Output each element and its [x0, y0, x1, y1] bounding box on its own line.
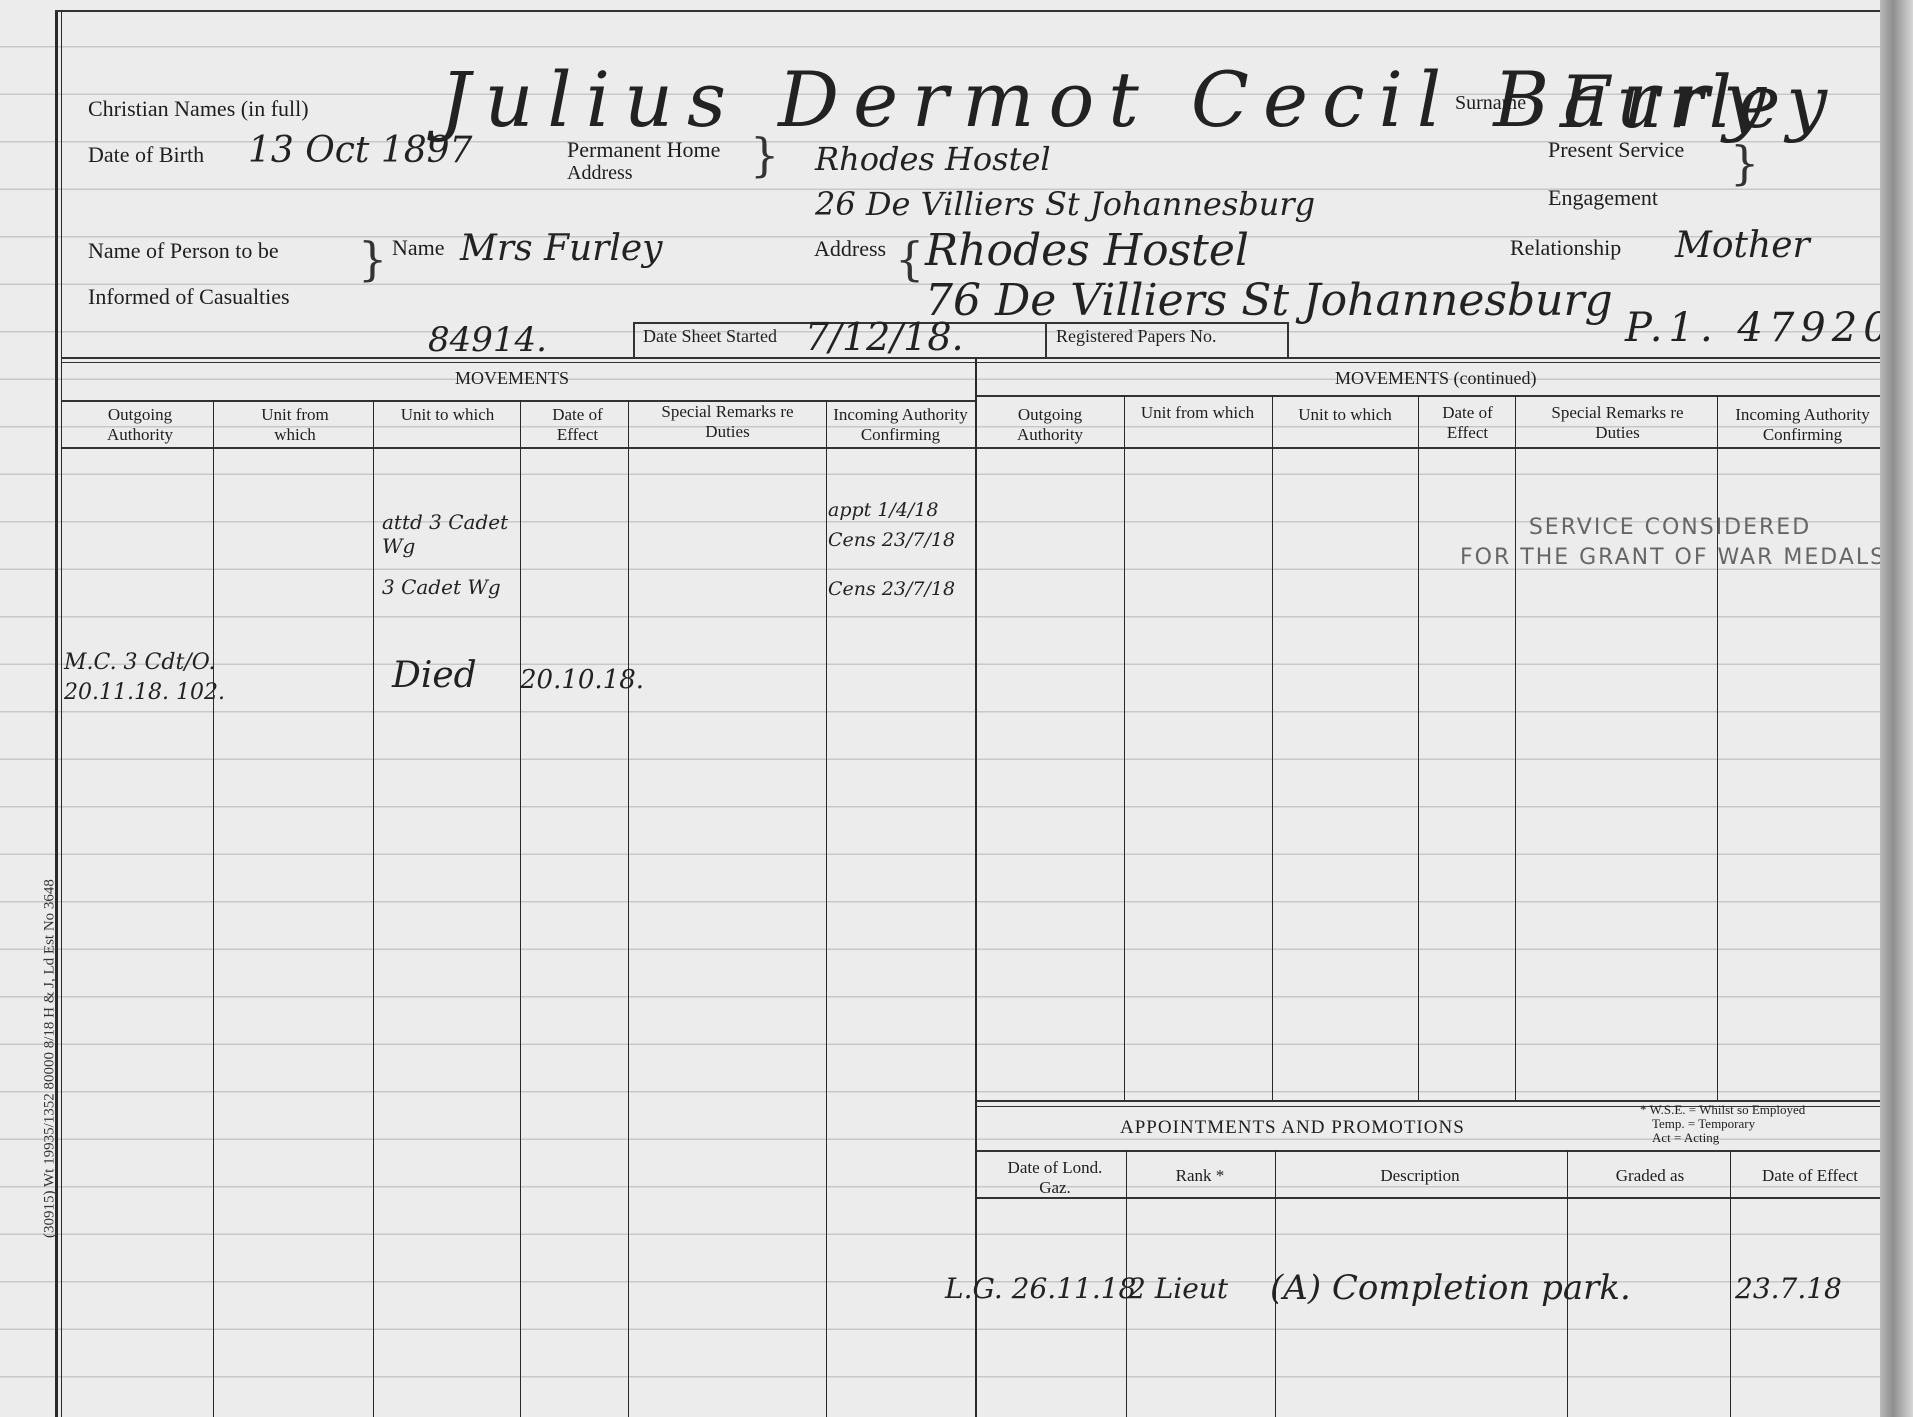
appointment-gazette: L.G. 26.11.18: [945, 1272, 1136, 1305]
legend-temp: Temp. = Temporary: [1640, 1117, 1805, 1131]
col-line: [1272, 395, 1273, 1100]
movements-cont-header-top: [977, 395, 1880, 397]
relationship-value: Mother: [1675, 225, 1810, 266]
movement-entry-1-incoming: appt 1/4/18 Cens 23/7/18: [828, 495, 976, 555]
sheet-reference: P.1. 47920.: [1625, 305, 1913, 351]
movement-entry-3-date: 20.10.18.: [520, 665, 644, 695]
perm-home-line2: 26 De Villiers St Johannesburg: [815, 185, 1315, 223]
header-rule-2: [62, 362, 1880, 363]
appointments-header-top: [977, 1150, 1880, 1152]
casualty-label-2: Informed of Casualties: [88, 284, 290, 310]
perm-home-label-2: Address: [567, 162, 633, 185]
mov-col-date: Date of Effect: [535, 405, 620, 445]
perm-home-label: Permanent Home: [567, 137, 720, 163]
contact-name-value: Mrs Furley: [460, 228, 663, 269]
christian-names-label: Christian Names (in full): [88, 96, 309, 122]
appt-col-date: Date of Effect: [1740, 1166, 1880, 1186]
cont-col-outgoing: Outgoing Authority: [995, 405, 1105, 445]
movements-cont-header-bottom: [977, 447, 1880, 449]
dob-label: Date of Birth: [88, 142, 204, 168]
legend-act: Act = Acting: [1640, 1131, 1805, 1145]
appointment-date: 23.7.18: [1735, 1272, 1842, 1305]
appt-col-rank: Rank *: [1140, 1166, 1260, 1186]
movements-continued-title: MOVEMENTS (continued): [1335, 368, 1536, 389]
cont-col-incoming: Incoming Authority Confirming: [1725, 405, 1880, 445]
col-line: [373, 400, 374, 1417]
stamp-line-2: FOR THE GRANT OF WAR MEDALS: [1460, 543, 1880, 573]
col-line: [1730, 1150, 1731, 1417]
col-line: [826, 400, 827, 1417]
appointments-title: APPOINTMENTS AND PROMOTIONS: [1120, 1117, 1465, 1139]
mov-col-incoming: Incoming Authority Confirming: [828, 405, 973, 445]
sheet-number: 84914.: [428, 320, 547, 360]
legend-wse: * W.S.E. = Whilst so Employed: [1640, 1103, 1805, 1117]
mov-col-outgoing: Outgoing Authority: [85, 405, 195, 445]
movements-title: MOVEMENTS: [455, 368, 569, 389]
mov-col-unit-to: Unit to which: [395, 405, 500, 425]
appointment-rank: 2 Lieut: [1128, 1272, 1228, 1305]
col-line: [628, 400, 629, 1417]
col-line: [213, 400, 214, 1417]
col-line: [520, 400, 521, 1417]
casualty-brace: }: [358, 232, 387, 286]
movement-entry-2-unit-to: 3 Cadet Wg: [382, 575, 501, 599]
top-border: [55, 10, 1880, 12]
date-sheet-started-label: Date Sheet Started: [643, 326, 777, 347]
casualty-label-1: Name of Person to be: [88, 238, 279, 264]
cont-col-unit-from: Unit from which: [1140, 403, 1255, 423]
engagement-label: Engagement: [1548, 185, 1658, 211]
appt-col-description: Description: [1300, 1166, 1540, 1186]
col-line: [1418, 395, 1419, 1100]
perm-home-brace: }: [750, 128, 779, 182]
col-line: [1515, 395, 1516, 1100]
movement-entry-3-unit-to: Died: [392, 655, 477, 696]
contact-address-brace: {: [895, 232, 924, 286]
appointment-description: (A) Completion park.: [1270, 1268, 1631, 1308]
cont-col-date: Date of Effect: [1425, 403, 1510, 443]
left-border-inner: [61, 12, 62, 1417]
page-edge-shadow: [1880, 0, 1913, 1417]
header-rule: [62, 357, 1880, 359]
surname-label: Surname: [1455, 92, 1526, 115]
movement-entry-3-outgoing-2: 20.11.18. 102.: [64, 680, 225, 705]
contact-name-label: Name: [392, 235, 445, 261]
contact-address-line1: Rhodes Hostel: [925, 225, 1249, 276]
relationship-label: Relationship: [1510, 235, 1621, 261]
movement-entry-2-incoming: Cens 23/7/18: [828, 578, 955, 600]
appt-col-gazette: Date of Lond. Gaz.: [1000, 1158, 1110, 1198]
cont-col-unit-to: Unit to which: [1290, 405, 1400, 425]
present-service-brace: }: [1730, 136, 1759, 190]
appt-col-graded: Graded as: [1580, 1166, 1720, 1186]
appointments-header-bottom: [977, 1197, 1880, 1199]
dob-value: 13 Oct 1897: [248, 130, 472, 171]
mov-col-remarks: Special Remarks re Duties: [645, 402, 810, 442]
col-line: [1124, 395, 1125, 1100]
surname-value: Furley: [1560, 60, 1833, 144]
movement-entry-3-outgoing-1: M.C. 3 Cdt/O.: [64, 650, 215, 675]
col-line: [1717, 395, 1718, 1100]
stamp-line-1: SERVICE CONSIDERED: [1460, 513, 1880, 543]
service-record-sheet: Christian Names (in full) Julius Dermot …: [0, 0, 1880, 1417]
movement-entry-1-unit-to: attd 3 Cadet Wg: [382, 510, 512, 558]
registered-papers-label: Registered Papers No.: [1056, 326, 1216, 347]
date-sheet-started-value: 7/12/18.: [805, 315, 964, 359]
perm-home-line1: Rhodes Hostel: [815, 140, 1051, 178]
present-service-label: Present Service: [1548, 137, 1684, 163]
mov-col-unit-from: Unit from which: [240, 405, 350, 445]
movements-header-bottom: [62, 447, 975, 449]
contact-address-line2: 76 De Villiers St Johannesburg: [925, 275, 1613, 326]
movements-header-top: [62, 400, 975, 402]
appointments-legend: * W.S.E. = Whilst so Employed Temp. = Te…: [1640, 1103, 1805, 1145]
contact-address-label: Address: [814, 236, 886, 262]
cont-col-remarks: Special Remarks re Duties: [1530, 403, 1705, 443]
printer-imprint: (30915) Wt 19935/1352 80000 8/18 H & J, …: [42, 859, 59, 1259]
war-medals-stamp: SERVICE CONSIDERED FOR THE GRANT OF WAR …: [1460, 513, 1880, 573]
